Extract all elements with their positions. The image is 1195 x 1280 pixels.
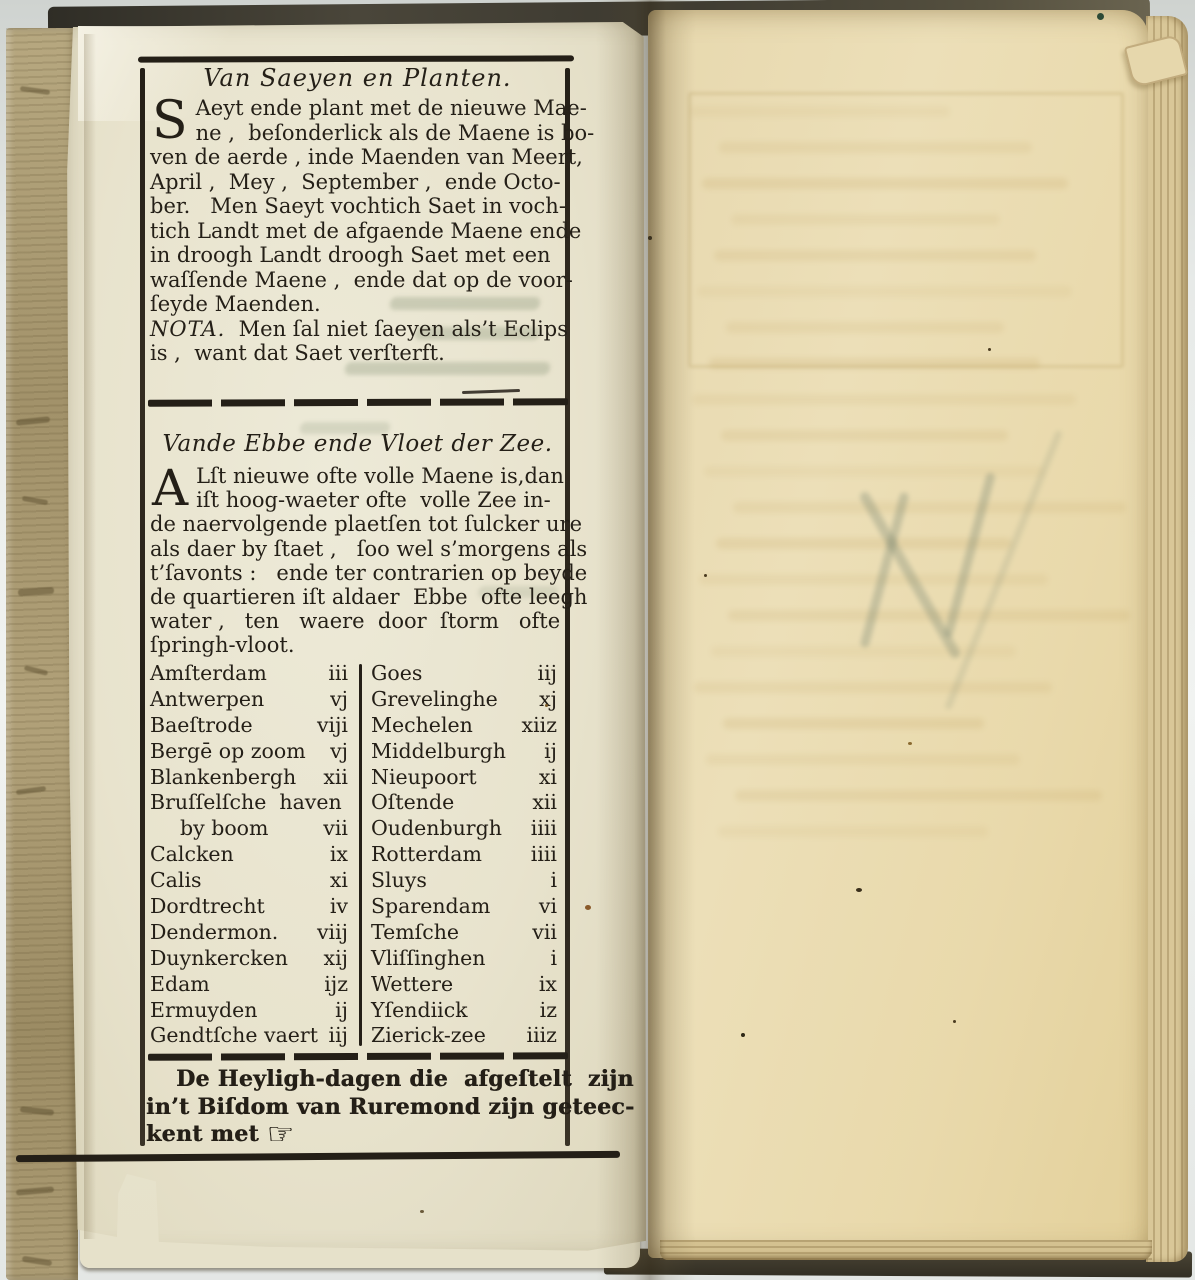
drop-cap: S [152,98,188,144]
top-rule [138,55,574,62]
table-row: Duynkerckenxij [150,946,348,972]
place-name: Rotterdam [371,842,482,868]
tide-hour: ix [539,972,563,998]
nota-label: NOTA. [150,317,225,341]
table-row: Grevelinghexj [371,687,563,713]
table-row: Yſendiickiz [371,998,563,1024]
section-heading-ebbe: Vande Ebbe ende Vloet der Zee. [150,431,565,457]
tide-hour: xij [324,946,348,972]
footer-text: De Heyligh-dagen die afgeſtelt zijn in’t… [146,1066,634,1147]
tide-hour: vi [539,894,563,920]
table-row: Blankenberghxii [150,765,348,791]
place-name: Temſche [371,920,459,946]
tide-hour: vj [330,687,348,713]
printed-page-content: Van Saeyen en Planten. SAeyt ende plant … [0,0,1195,1280]
place-name: Sparendam [371,894,490,920]
table-row: Nieupoortxi [371,765,563,791]
table-row: Baeſtrodeviji [150,713,348,739]
table-row: Wettereix [371,972,563,998]
book-scan: Van Saeyen en Planten. SAeyt ende plant … [0,0,1195,1280]
tide-hour: xi [330,868,348,894]
bottom-rule [16,1151,620,1162]
place-name: Middelburgh [371,739,506,765]
place-name: Baeſtrode [150,713,253,739]
section-divider [148,398,568,406]
paragraph-ebbe: ALſt nieuwe ofte volle Maene is,dan iſt … [150,464,582,658]
place-name: Goes [371,661,422,687]
place-name: Blankenbergh [150,765,296,791]
place-name: Grevelinghe [371,687,498,713]
place-name: Amſterdam [150,661,267,687]
place-name: Vliſſinghen [371,946,486,972]
table-row: Oudenburghiiii [371,816,563,842]
place-name: Zierick-zee [371,1023,486,1049]
place-name: Yſendiick [371,998,468,1024]
place-name: Duynkercken [150,946,288,972]
table-row: Amſterdamiii [150,661,348,687]
tide-hour: viij [317,920,348,946]
section-divider [148,1052,568,1060]
table-row: Edamijz [150,972,348,998]
table-row: Zierick-zeeiiiz [371,1023,563,1049]
place-name: Wettere [371,972,453,998]
tide-hour: vii [323,816,348,842]
table-row: Sparendamvi [371,894,563,920]
divider-flourish [462,389,520,394]
tide-hour: xii [532,790,563,816]
section-heading-saeyen: Van Saeyen en Planten. [150,64,565,92]
table-row: Sluysi [371,868,563,894]
tide-hour: iz [540,998,563,1024]
table-row: Goesiij [371,661,563,687]
place-name: Edam [150,972,210,998]
drop-cap: A [152,466,188,510]
tide-hour: xii [323,765,348,791]
tide-hour: xiiz [522,713,563,739]
tide-hour: iiiz [527,1023,563,1049]
table-row: Gendtſche vaertiij [150,1023,348,1049]
table-row: Bruſſelſche haven [150,790,348,816]
paragraph-text: Aeyt ende plant met de nieuwe Mae- ne , … [150,96,594,316]
place-name: Sluys [371,868,427,894]
paragraph-text: Lſt nieuwe ofte volle Maene is,dan iſt h… [150,464,587,657]
tide-hour: i [550,868,563,894]
frame-rule-left [140,68,145,1146]
place-name: Mechelen [371,713,473,739]
tide-hour: ijz [324,972,348,998]
tide-hour: iii [328,661,348,687]
footer-blackletter: De Heyligh-dagen die afgeſtelt zijn in’t… [146,1066,576,1149]
manicule-icon: ☞ [267,1117,294,1152]
place-name: Gendtſche vaert [150,1023,318,1049]
place-name: Bruſſelſche haven [150,790,342,816]
tide-hour: iv [330,894,348,920]
tide-hour: ij [544,739,563,765]
place-name: Calis [150,868,202,894]
paragraph-saeyen: SAeyt ende plant met de nieuwe Mae- ne ,… [150,96,582,366]
tide-hour: iij [329,1023,348,1049]
table-row: Bergē op zoomvj [150,739,348,765]
table-row: Rotterdamiiii [371,842,563,868]
table-row: Vliſſingheni [371,946,563,972]
table-row: Dordtrechtiv [150,894,348,920]
tide-hour: ij [335,998,348,1024]
place-name: Calcken [150,842,234,868]
table-row: Ermuydenij [150,998,348,1024]
table-row: Temſchevii [371,920,563,946]
table-row: Dendermon.viij [150,920,348,946]
table-row: Calisxi [150,868,348,894]
tide-hour: iiii [531,816,563,842]
tide-hour: vj [330,739,348,765]
tide-hour: iiii [531,842,563,868]
place-name: by boom [150,816,268,842]
table-row: Calckenix [150,842,348,868]
table-row: Mechelenxiiz [371,713,563,739]
table-row: Antwerpenvj [150,687,348,713]
tide-hour: viji [317,713,348,739]
table-column-divider [359,664,362,1046]
table-row: by boomvii [150,816,348,842]
table-row: Middelburghij [371,739,563,765]
tide-hour: vii [532,920,563,946]
place-name: Bergē op zoom [150,739,306,765]
place-name: Ermuyden [150,998,257,1024]
place-name: Dordtrecht [150,894,265,920]
tide-table-right-column: GoesiijGrevelinghexjMechelenxiizMiddelbu… [371,661,563,1049]
place-name: Oudenburgh [371,816,502,842]
tide-hour: xi [539,765,563,791]
place-name: Dendermon. [150,920,278,946]
tide-hour: iij [538,661,563,687]
place-name: Nieupoort [371,765,477,791]
table-row: Oſtendexii [371,790,563,816]
tide-hour: ix [330,842,348,868]
place-name: Oſtende [371,790,454,816]
tide-table-left-column: AmſterdamiiiAntwerpenvjBaeſtrodevijiBerg… [150,661,348,1049]
tide-hour: i [550,946,563,972]
tide-hour: xj [539,687,563,713]
place-name: Antwerpen [150,687,264,713]
